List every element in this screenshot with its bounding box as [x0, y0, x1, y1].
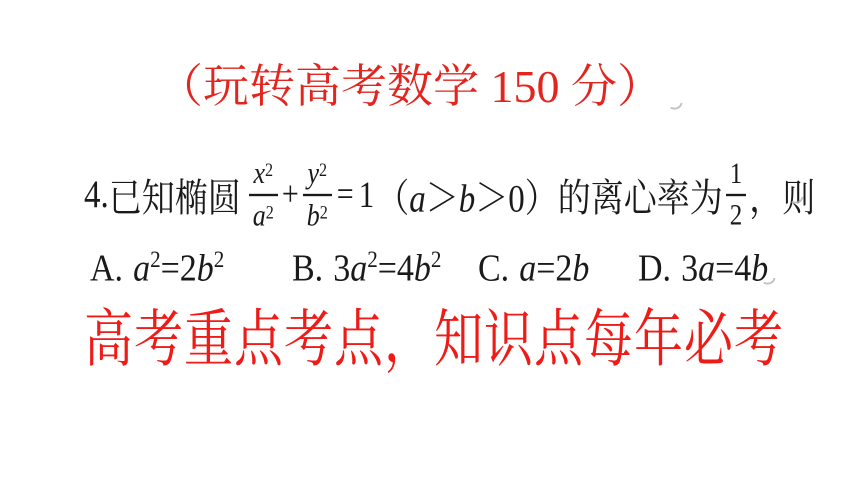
question-number: 4. — [84, 173, 109, 217]
var-b: b — [459, 178, 476, 220]
fraction-denominator: b2 — [303, 196, 332, 233]
greater-than-sign: ＞ — [426, 178, 459, 220]
eccentricity-fraction: 1 2 — [726, 158, 747, 231]
equals-sign: = — [337, 175, 354, 215]
fraction-numerator: x2 — [249, 157, 278, 196]
question-line: 4.已知椭圆 x2 a2 + y2 b2 = 1 （a＞b＞0） 的离心率为 1… — [84, 149, 815, 241]
var-a: a — [409, 178, 426, 220]
fraction-y2-over-b2: y2 b2 — [303, 157, 332, 233]
greater-than-sign: ＞ — [475, 178, 508, 220]
fraction-denominator: a2 — [249, 196, 278, 233]
options-row: A.a2=2b2 B.3a2=4b2 C.a=2b D.3a=4b — [0, 248, 864, 306]
plus-operator: + — [282, 175, 299, 215]
question-mid-text: 的离心率为 — [558, 167, 723, 222]
slide-title: （玩转高考数学 150 分） — [157, 58, 663, 116]
option-d: D.3a=4b — [638, 248, 768, 291]
option-b: B.3a2=4b2 — [292, 248, 441, 291]
equation-rhs: 1 — [359, 174, 375, 216]
fraction-numerator: 1 — [726, 158, 747, 196]
fraction-denominator: 2 — [726, 196, 747, 231]
stray-mark-after-title — [670, 101, 682, 111]
fraction-numerator: y2 — [303, 157, 332, 196]
option-c: C.a=2b — [478, 248, 589, 291]
question-tail-text: ，则 — [749, 167, 815, 222]
condition-group: （a＞b＞0） — [376, 167, 558, 222]
footer-slogan: 高考重点考点，知识点每年必考 — [84, 304, 784, 376]
ellipse-equation: x2 a2 + y2 b2 = 1 — [249, 157, 374, 233]
math-slide: （玩转高考数学 150 分） 4.已知椭圆 x2 a2 + y2 b2 = 1 … — [0, 0, 864, 486]
fraction-x2-over-a2: x2 a2 — [249, 157, 278, 233]
question-lead-text: 已知椭圆 — [109, 167, 241, 222]
option-a: A.a2=2b2 — [90, 248, 224, 291]
